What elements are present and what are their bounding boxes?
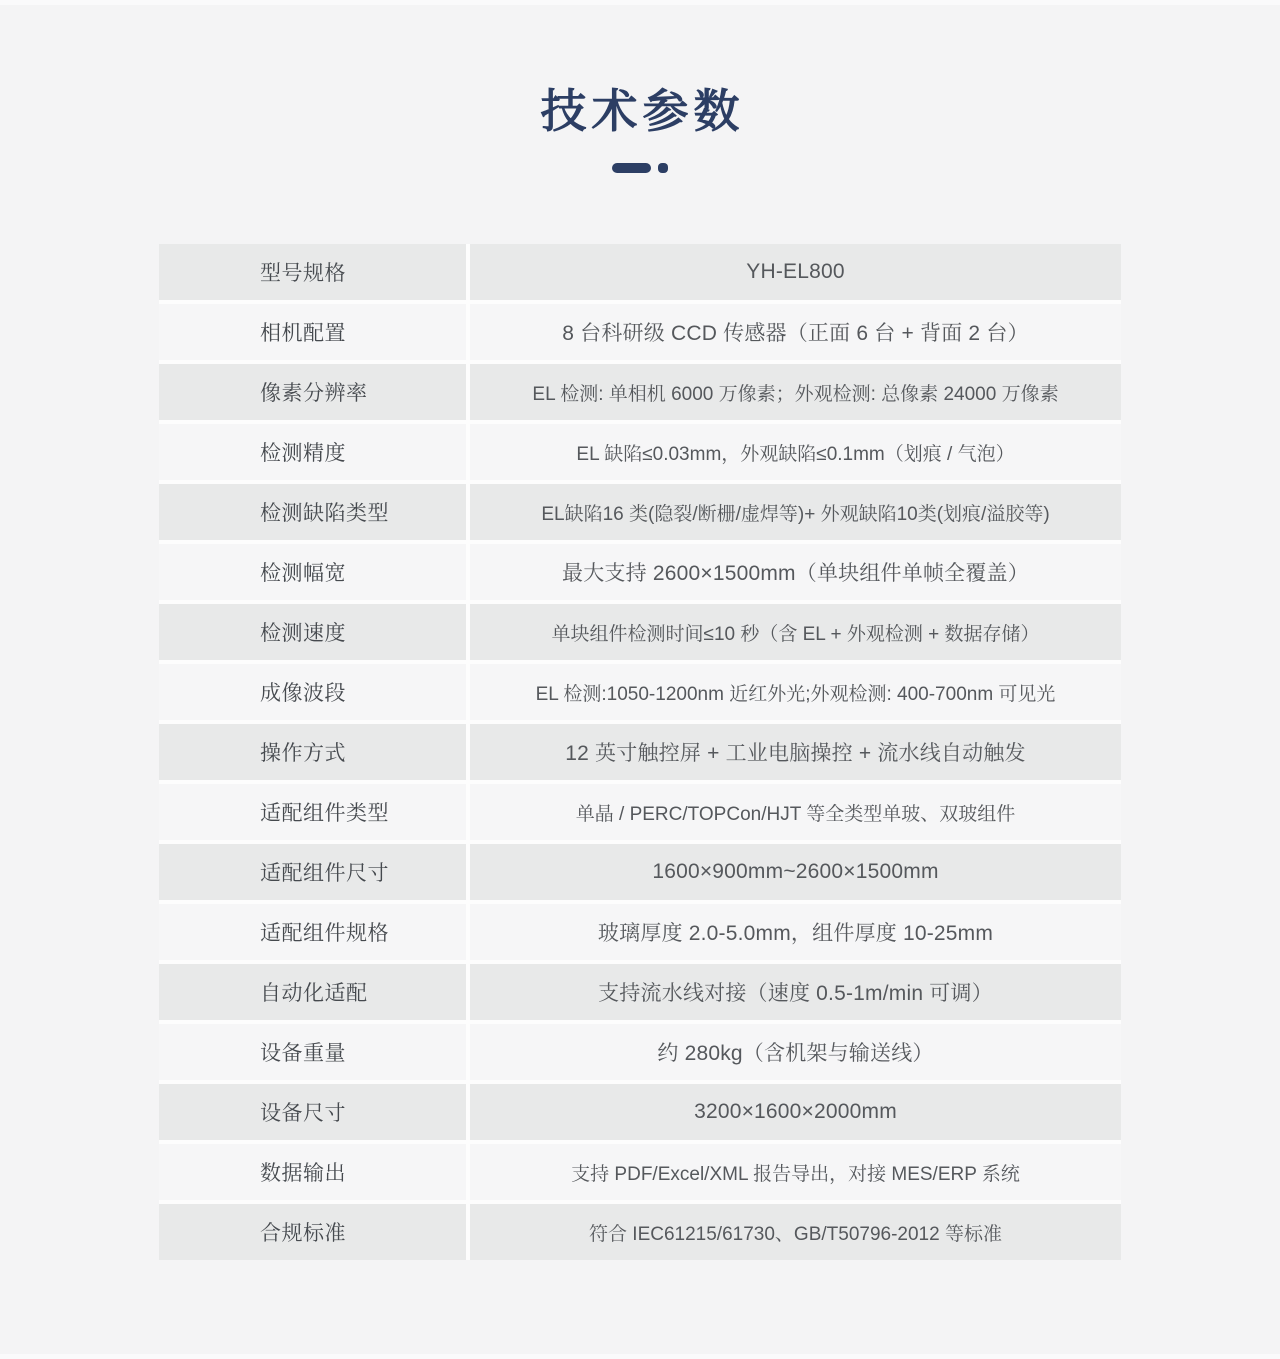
- table-row: 适配组件尺寸 1600×900mm~2600×1500mm: [159, 844, 1121, 900]
- spec-value: 8 台科研级 CCD 传感器（正面 6 台 + 背面 2 台）: [470, 304, 1121, 360]
- spec-value: YH-EL800: [470, 244, 1121, 300]
- spec-label: 操作方式: [159, 724, 466, 780]
- table-row: 像素分辨率 EL 检测: 单相机 6000 万像素；外观检测: 总像素 2400…: [159, 364, 1121, 420]
- table-row: 操作方式 12 英寸触控屏 + 工业电脑操控 + 流水线自动触发: [159, 724, 1121, 780]
- spec-value: EL 缺陷≤0.03mm，外观缺陷≤0.1mm（划痕 / 气泡）: [470, 424, 1121, 480]
- spec-label: 自动化适配: [159, 964, 466, 1020]
- spec-value: 支持 PDF/Excel/XML 报告导出，对接 MES/ERP 系统: [470, 1144, 1121, 1200]
- title-dash-icon: [612, 163, 651, 173]
- title-dot-icon: [658, 163, 668, 173]
- table-row: 适配组件规格 玻璃厚度 2.0-5.0mm，组件厚度 10-25mm: [159, 904, 1121, 960]
- spec-label: 相机配置: [159, 304, 466, 360]
- spec-label: 检测速度: [159, 604, 466, 660]
- table-row: 设备尺寸 3200×1600×2000mm: [159, 1084, 1121, 1140]
- spec-label: 检测幅宽: [159, 544, 466, 600]
- table-row: 适配组件类型 单晶 / PERC/TOPCon/HJT 等全类型单玻、双玻组件: [159, 784, 1121, 840]
- page-edge-bottom: [0, 1354, 1280, 1359]
- spec-label: 设备尺寸: [159, 1084, 466, 1140]
- table-row: 相机配置 8 台科研级 CCD 传感器（正面 6 台 + 背面 2 台）: [159, 304, 1121, 360]
- spec-value: 支持流水线对接（速度 0.5-1m/min 可调）: [470, 964, 1121, 1020]
- table-row: 数据输出 支持 PDF/Excel/XML 报告导出，对接 MES/ERP 系统: [159, 1144, 1121, 1200]
- spec-table: 型号规格 YH-EL800 相机配置 8 台科研级 CCD 传感器（正面 6 台…: [159, 244, 1121, 1260]
- spec-label: 检测缺陷类型: [159, 484, 466, 540]
- spec-value: 最大支持 2600×1500mm（单块组件单帧全覆盖）: [470, 544, 1121, 600]
- table-row: 设备重量 约 280kg（含机架与输送线）: [159, 1024, 1121, 1080]
- spec-value: EL 检测:1050-1200nm 近红外光;外观检测: 400-700nm 可…: [470, 664, 1121, 720]
- spec-label: 适配组件类型: [159, 784, 466, 840]
- page-title: 技术参数: [0, 84, 1280, 138]
- spec-value: 符合 IEC61215/61730、GB/T50796-2012 等标准: [470, 1204, 1121, 1260]
- spec-label: 成像波段: [159, 664, 466, 720]
- spec-value: EL缺陷16 类(隐裂/断栅/虚焊等)+ 外观缺陷10类(划痕/溢胶等): [470, 484, 1121, 540]
- table-row: 检测幅宽 最大支持 2600×1500mm（单块组件单帧全覆盖）: [159, 544, 1121, 600]
- table-row: 检测速度 单块组件检测时间≤10 秒（含 EL + 外观检测 + 数据存储）: [159, 604, 1121, 660]
- spec-value: 单块组件检测时间≤10 秒（含 EL + 外观检测 + 数据存储）: [470, 604, 1121, 660]
- table-row: 检测缺陷类型 EL缺陷16 类(隐裂/断栅/虚焊等)+ 外观缺陷10类(划痕/溢…: [159, 484, 1121, 540]
- spec-label: 设备重量: [159, 1024, 466, 1080]
- page-edge-top: [0, 0, 1280, 5]
- title-decoration: [0, 163, 1280, 173]
- spec-value: 玻璃厚度 2.0-5.0mm，组件厚度 10-25mm: [470, 904, 1121, 960]
- page-header: 技术参数: [0, 0, 1280, 173]
- table-row: 合规标准 符合 IEC61215/61730、GB/T50796-2012 等标…: [159, 1204, 1121, 1260]
- spec-label: 型号规格: [159, 244, 466, 300]
- spec-value: 1600×900mm~2600×1500mm: [470, 844, 1121, 900]
- spec-label: 适配组件尺寸: [159, 844, 466, 900]
- spec-label: 数据输出: [159, 1144, 466, 1200]
- spec-label: 检测精度: [159, 424, 466, 480]
- spec-value: 单晶 / PERC/TOPCon/HJT 等全类型单玻、双玻组件: [470, 784, 1121, 840]
- spec-label: 适配组件规格: [159, 904, 466, 960]
- spec-label: 合规标准: [159, 1204, 466, 1260]
- table-row: 型号规格 YH-EL800: [159, 244, 1121, 300]
- spec-value: 约 280kg（含机架与输送线）: [470, 1024, 1121, 1080]
- spec-value: 12 英寸触控屏 + 工业电脑操控 + 流水线自动触发: [470, 724, 1121, 780]
- table-row: 检测精度 EL 缺陷≤0.03mm，外观缺陷≤0.1mm（划痕 / 气泡）: [159, 424, 1121, 480]
- spec-label: 像素分辨率: [159, 364, 466, 420]
- table-row: 成像波段 EL 检测:1050-1200nm 近红外光;外观检测: 400-70…: [159, 664, 1121, 720]
- table-row: 自动化适配 支持流水线对接（速度 0.5-1m/min 可调）: [159, 964, 1121, 1020]
- spec-value: 3200×1600×2000mm: [470, 1084, 1121, 1140]
- spec-value: EL 检测: 单相机 6000 万像素；外观检测: 总像素 24000 万像素: [470, 364, 1121, 420]
